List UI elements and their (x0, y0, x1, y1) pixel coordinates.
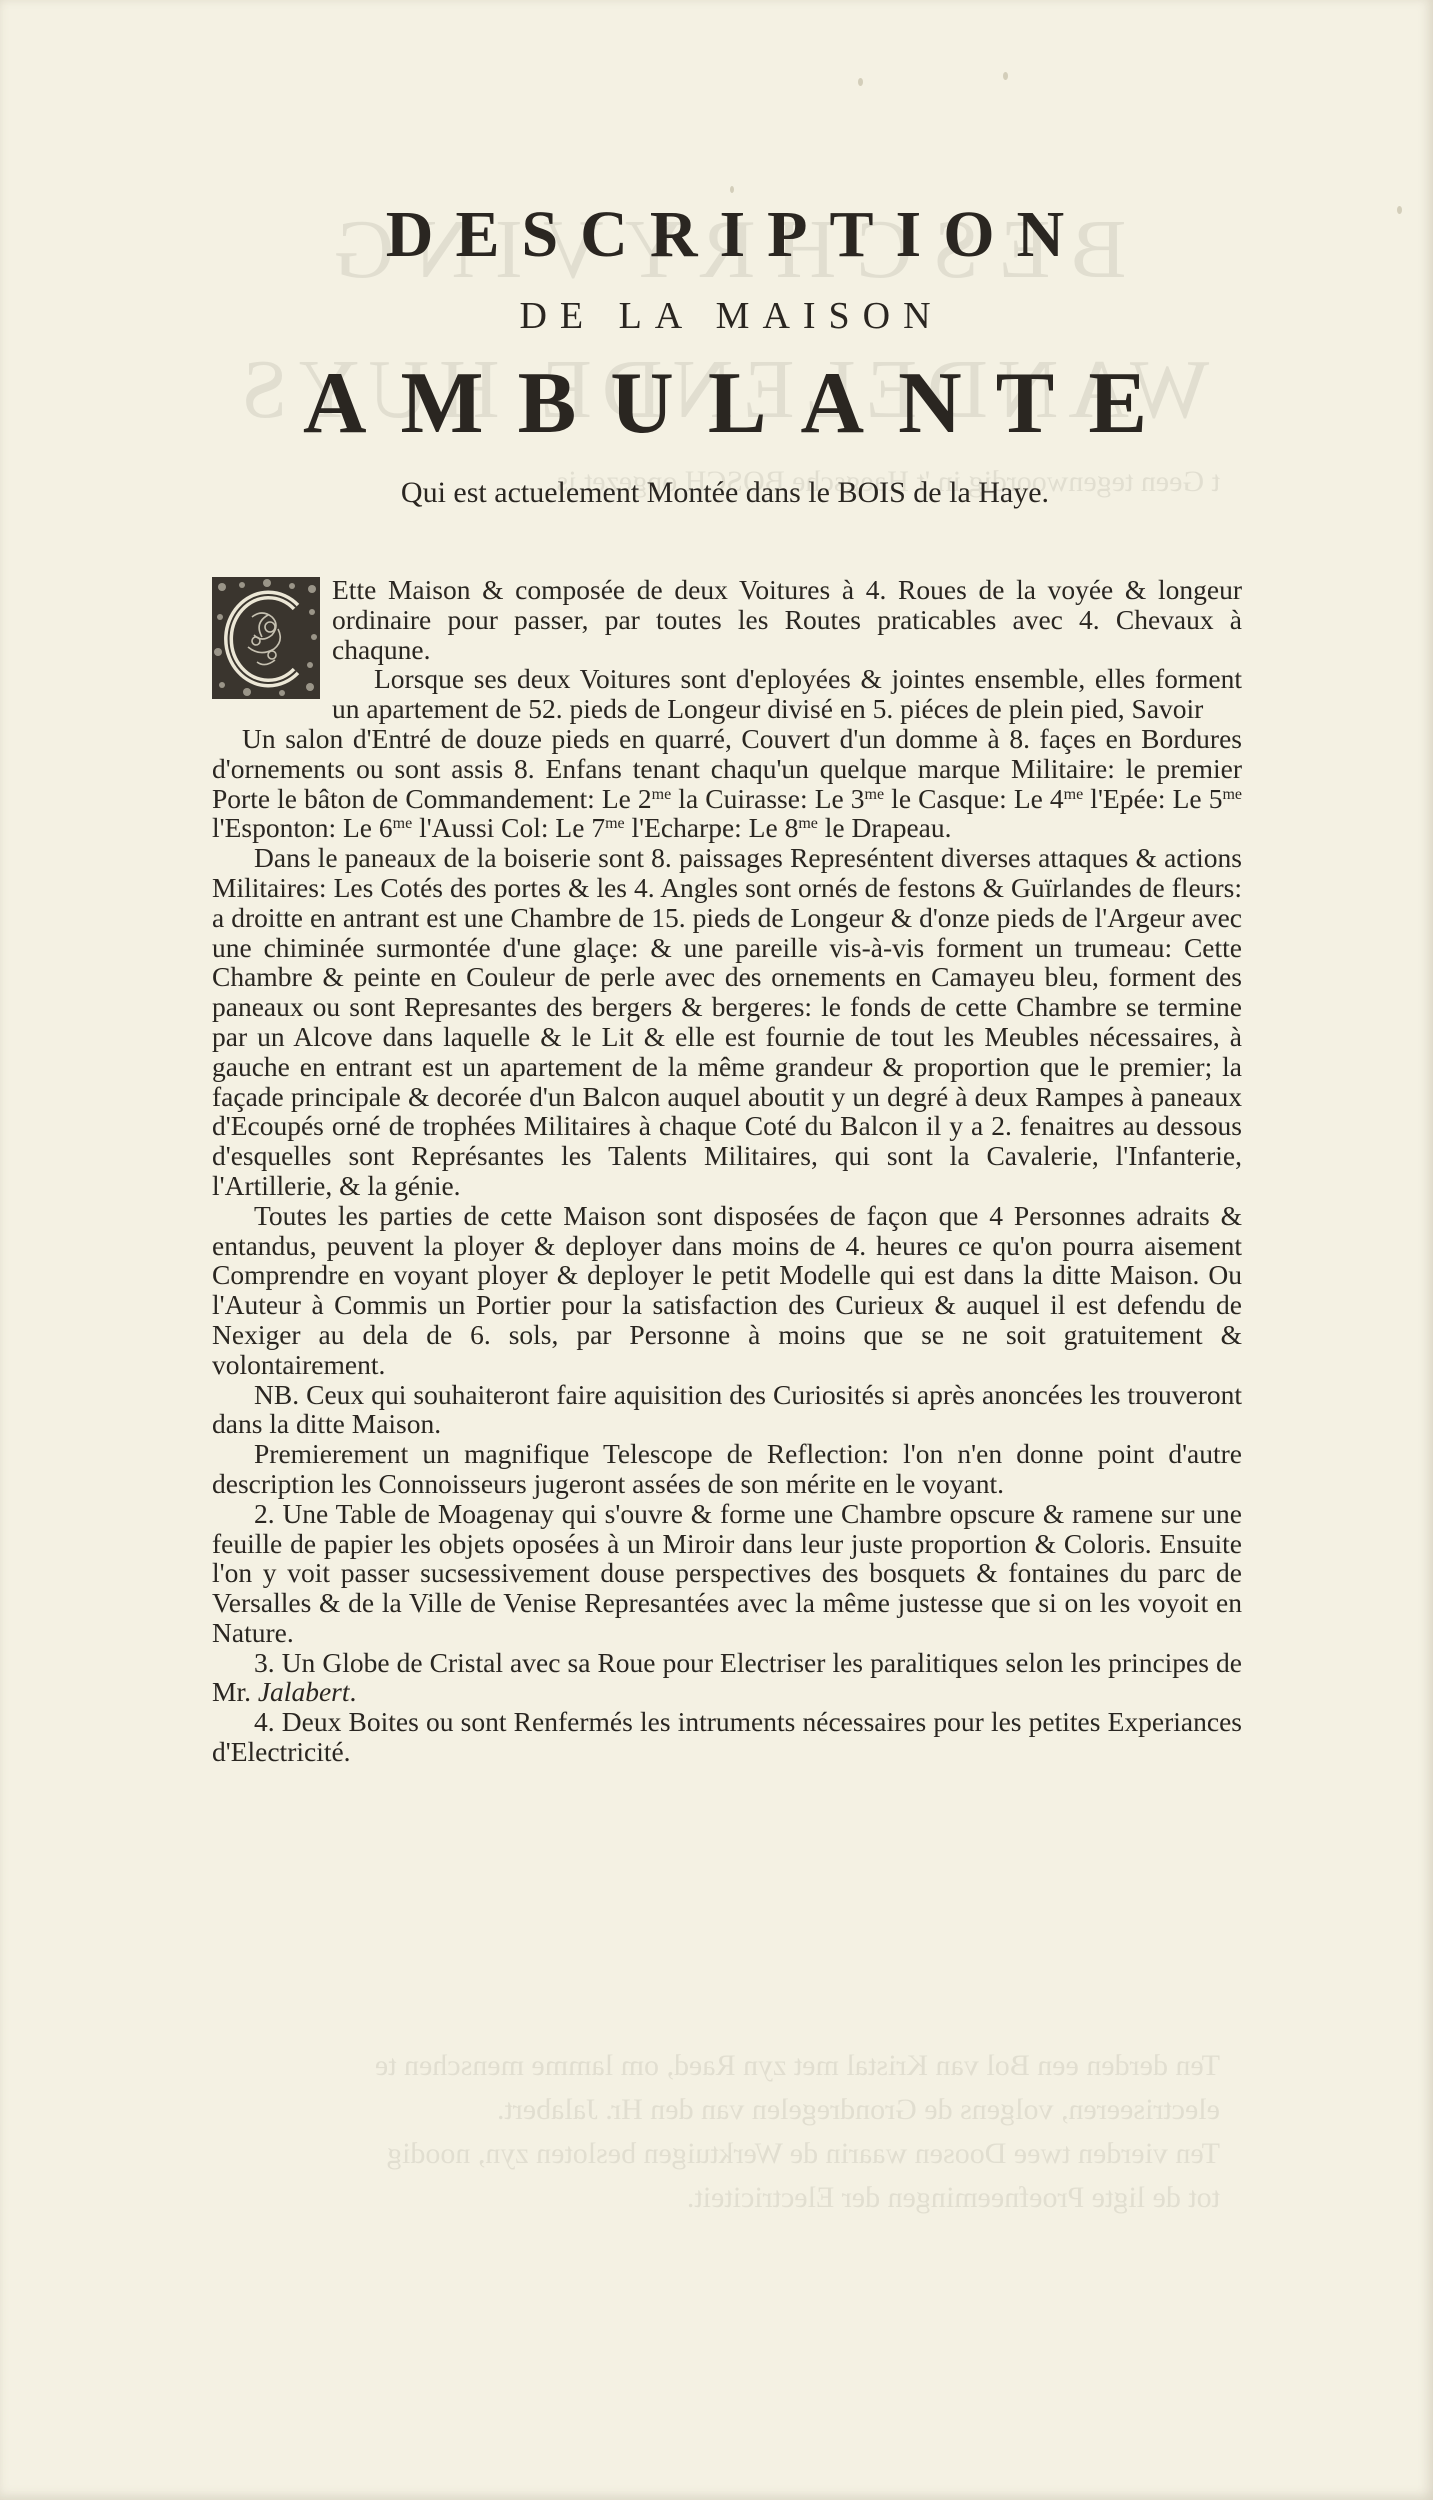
paragraph-intro: Ette Maison & composée de deux Voitures … (212, 575, 1242, 664)
title-ambulante: AMBULANTE (200, 356, 1250, 452)
paper-speck (1397, 206, 1402, 214)
list-item-table: 2. Une Table de Moagenay qui s'ouvre & f… (212, 1499, 1242, 1648)
paper-speck (1003, 72, 1008, 80)
title-description: DESCRIPTION (200, 200, 1250, 270)
subtitle: Qui est actuelement Montée dans le BOIS … (200, 474, 1250, 512)
paragraph-lorsque: Lorsque ses deux Voitures sont d'eployée… (212, 664, 1242, 724)
document-page: BESCHRYVING WANDELENDE HUYS t Geen tegen… (0, 0, 1433, 2500)
paper-speck (730, 186, 734, 193)
show-through-line: Ten vierden twee Doosen waarin de Werktu… (220, 2132, 1220, 2176)
title-block: DESCRIPTION DE LA MAISON AMBULANTE Qui e… (200, 200, 1250, 512)
body-text: Ette Maison & composée de deux Voitures … (212, 575, 1242, 1767)
show-through-line: Ten derden een Bol van Kristal met zyn R… (220, 2044, 1220, 2088)
paragraph-nb: NB. Ceux qui souhaiteront faire aquisiti… (212, 1380, 1242, 1440)
list-item-globe: 3. Un Globe de Cristal avec sa Roue pour… (212, 1648, 1242, 1708)
list-item-telescope: Premierement un magnifique Telescope de … (212, 1439, 1242, 1499)
paper-speck (858, 78, 863, 86)
show-through-line: tot de ligte Proefneemingen der Electric… (220, 2176, 1220, 2220)
paragraph-paneaux: Dans le paneaux de la boiserie sont 8. p… (212, 843, 1242, 1201)
name-jalabert: Jalabert (258, 1676, 350, 1707)
ornamental-initial-c-icon (212, 577, 320, 699)
show-through-line: electriseeren, volgens de Grondregelen v… (220, 2088, 1220, 2132)
paragraph-toutes: Toutes les parties de cette Maison sont … (212, 1201, 1242, 1380)
paragraph-salon: Un salon d'Entré de douze pieds en quarr… (212, 724, 1242, 843)
title-de-la-maison: DE LA MAISON (200, 294, 1250, 338)
list-item-boites: 4. Deux Boites ou sont Renfermés les int… (212, 1707, 1242, 1767)
